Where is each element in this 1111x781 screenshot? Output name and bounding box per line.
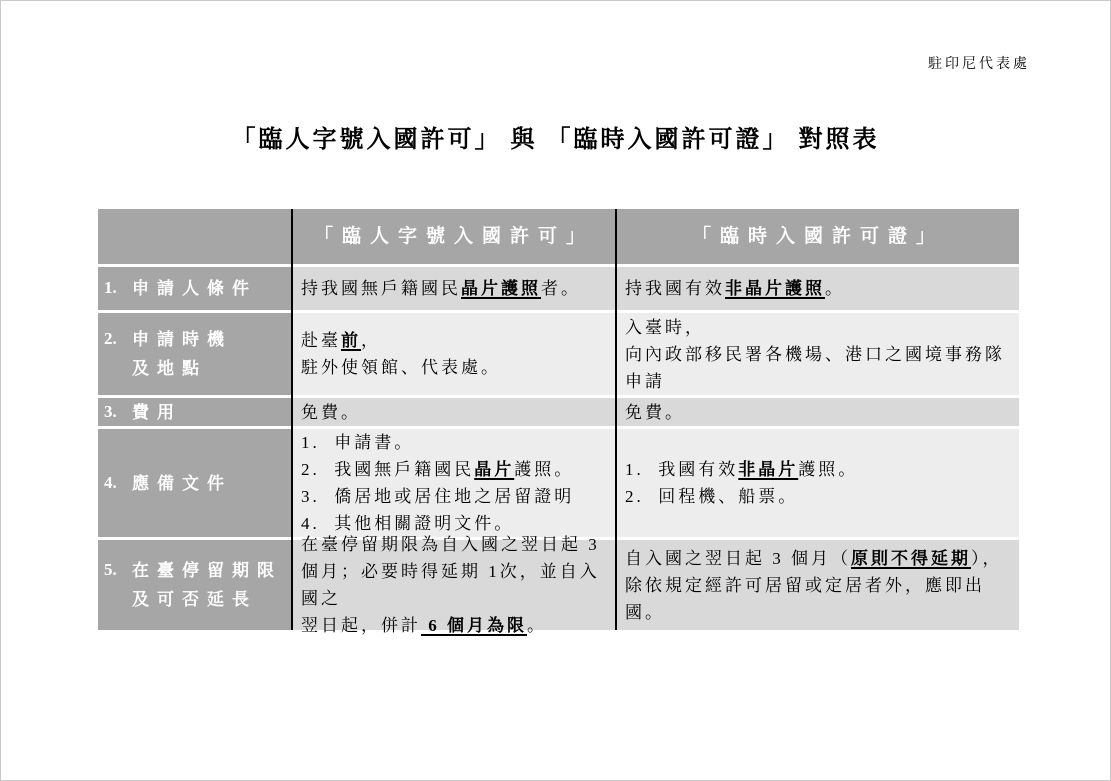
table-cell-documents-col1: 1. 申請書。2. 我國無戶籍國民晶片護照。3. 僑居地或居住地之居留證明4. … [293,429,615,537]
table-cell-fee-col1: 免費。 [293,398,615,426]
header-cell-permit-entry: 「臨人字號入國許可」 [293,209,615,264]
table-cell-documents-col2: 1. 我國有效非晶片護照。2. 回程機、船票。 [617,429,1019,537]
row-label-stay-duration-extension: 5. 在臺停留期限及可否延長 [98,540,291,630]
document-page: { "page": { "corner_label": "駐印尼代表處", "t… [0,0,1111,781]
page-title: 「臨人字號入國許可」 與 「臨時入國許可證」 對照表 [1,119,1110,154]
row-label-text: 費用 [132,398,182,427]
header-cell-empty [98,209,291,264]
column-divider-2 [615,209,617,630]
comparison-table: 「臨人字號入國許可」 「臨時入國許可證」 1. 申請人條件 持我國無戶籍國民晶片… [98,209,1019,630]
row-label-text: 應備文件 [132,469,232,498]
table-cell-applicant-col2: 持我國有效非晶片護照。 [617,267,1019,310]
row-number: 4. [104,469,132,496]
row-number: 1. [104,274,132,301]
table-cell-stay-col2: 自入國之翌日起 3 個月（原則不得延期），除依規定經許可居留或定居者外，應即出國… [617,540,1019,630]
row-label-text: 在臺停留期限及可否延長 [132,556,282,614]
table-cell-time-col2: 入臺時，向內政部移民署各機場、港口之國境事務隊申請 [617,313,1019,395]
header-cell-temp-certificate: 「臨時入國許可證」 [617,209,1019,264]
row-label-required-documents: 4. 應備文件 [98,429,291,537]
row-label-applicant-conditions: 1. 申請人條件 [98,267,291,310]
row-number: 3. [104,398,132,425]
row-number: 2. [104,325,132,352]
column-divider-1 [291,209,293,630]
table-cell-stay-col1: 在臺停留期限為自入國之翌日起 3個月；必要時得延期 1次，並自入國之翌日起，併計… [293,540,615,630]
row-label-application-time-place: 2. 申請時機及地點 [98,313,291,395]
row-label-fee: 3. 費用 [98,398,291,426]
row-label-text: 申請時機及地點 [132,325,232,383]
row-number: 5. [104,556,132,583]
table-cell-fee-col2: 免費。 [617,398,1019,426]
table-cell-time-col1: 赴臺前，駐外使領館、代表處。 [293,313,615,395]
table-cell-applicant-col1: 持我國無戶籍國民晶片護照者。 [293,267,615,310]
row-label-text: 申請人條件 [132,274,257,303]
office-corner-label: 駐印尼代表處 [928,53,1030,73]
